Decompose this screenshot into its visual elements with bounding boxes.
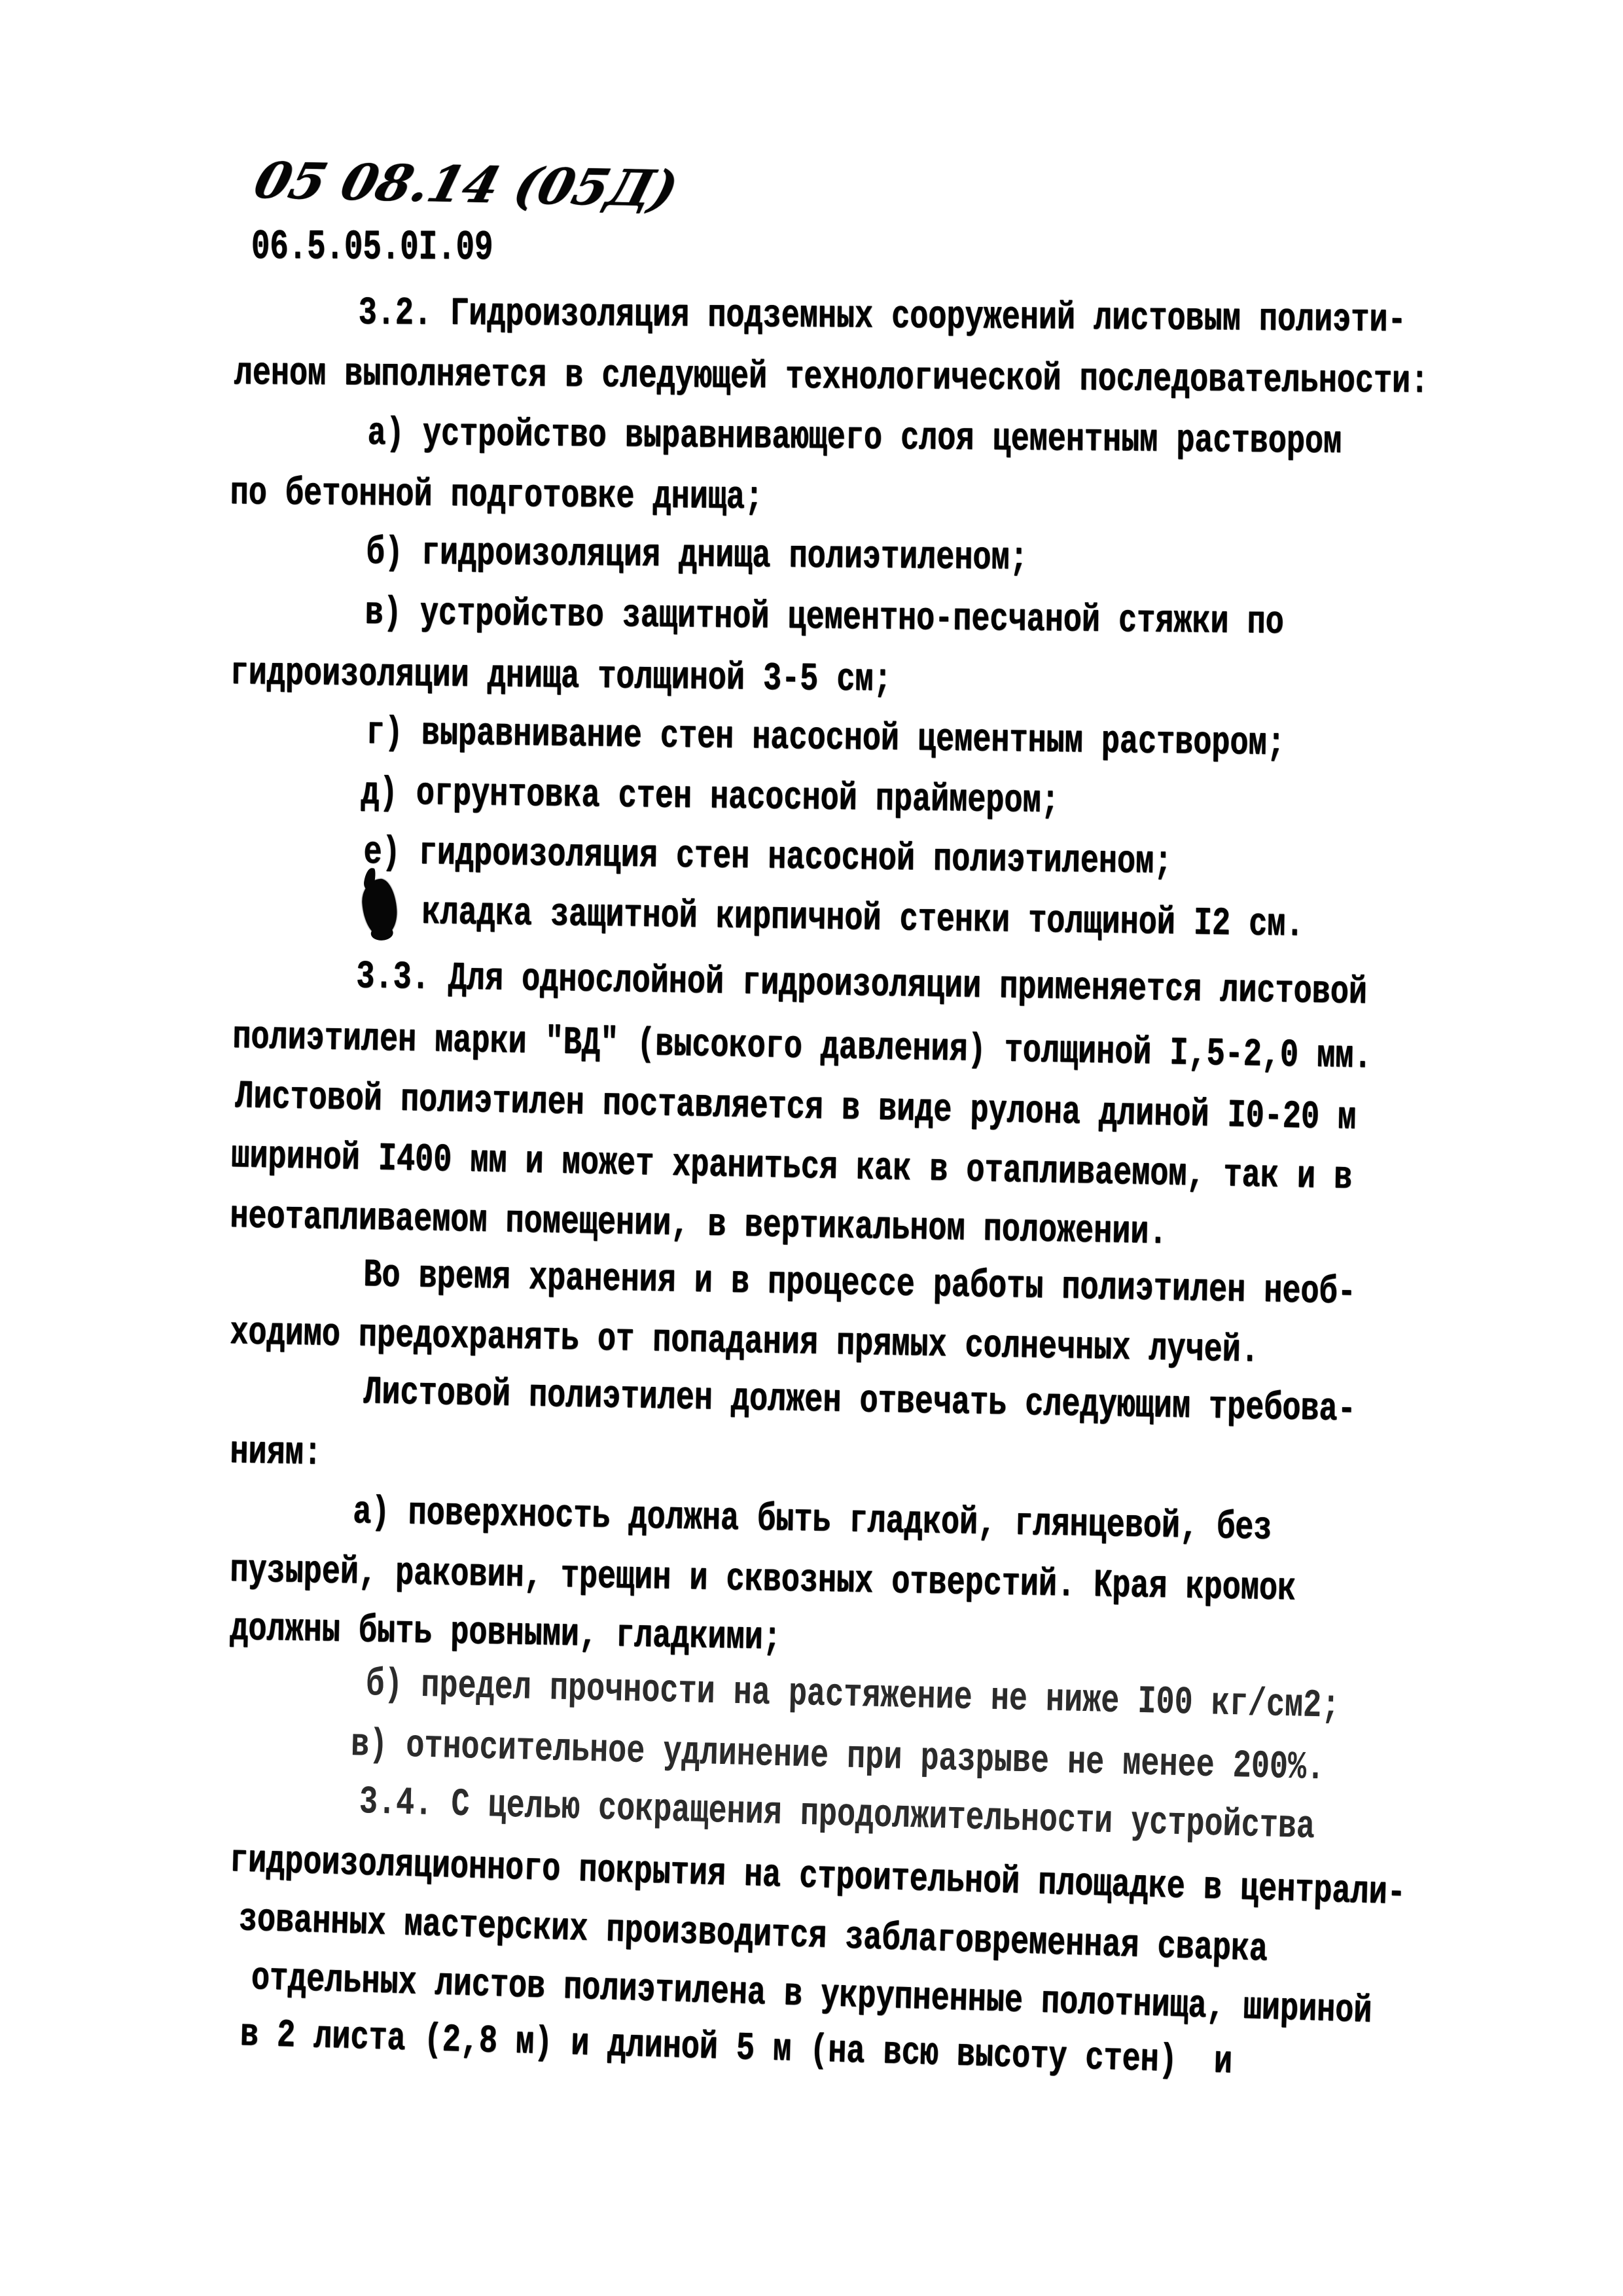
handwritten-stamp: 05 08.14 (05Д)	[249, 154, 683, 215]
text-line: кладка защитной кирпичной стенки толщино…	[421, 889, 1304, 950]
text-line: по бетонной подготовке днища;	[230, 469, 763, 522]
text-line: шириной I400 мм и может храниться как в …	[231, 1132, 1353, 1202]
text-line: а) поверхность должна быть гладкой, глян…	[353, 1488, 1272, 1552]
text-line: 3.2. Гидроизоляция подземных сооружений …	[358, 289, 1406, 345]
text-line: гидроизоляции днища толщиной 3-5 см;	[230, 649, 892, 705]
text-line: б) гидроизоляция днища полиэтиленом;	[366, 529, 1028, 583]
text-line: должны быть ровными, гладкими;	[230, 1605, 782, 1663]
text-line: Листовой полиэтилен поставляется в виде …	[235, 1073, 1357, 1143]
text-line: е) гидроизоляция стен насосной полиэтиле…	[363, 829, 1173, 887]
text-line: б) предел прочности на растяжение не ниж…	[365, 1660, 1340, 1731]
text-line: в) устройство защитной цементно-песчаной…	[365, 589, 1284, 647]
text-line: неотапливаемом помещении, в вертикальном…	[230, 1193, 1168, 1257]
text-line: Во время хранения и в процессе работы по…	[363, 1251, 1357, 1317]
text-line: д) огрунтовка стен насосной праймером;	[361, 769, 1060, 826]
text-line: полиэтилен марки "ВД" (высокого давления…	[232, 1013, 1372, 1081]
text-line: Листовой полиэтилен должен отвечать след…	[363, 1369, 1357, 1434]
ink-blot-marker	[361, 878, 399, 937]
scanned-page: 05 08.14 (05Д) 06.5.05.0I.09 3.2. Гидрои…	[0, 0, 1623, 2296]
text-line: пузырей, раковин, трещин и сквозных отве…	[230, 1547, 1296, 1613]
text-line: 3.4. С целью сокращения продолжительност…	[359, 1778, 1315, 1852]
text-line: леном выполняется в следующей технологич…	[234, 350, 1429, 406]
text-line: ходимо предохранять от попадания прямых …	[230, 1309, 1260, 1375]
document-code: 06.5.05.0I.09	[251, 223, 493, 272]
text-line: г) выравнивание стен насосной цементным …	[366, 709, 1285, 768]
text-line: ниям:	[230, 1428, 323, 1478]
text-line: 3.3. Для однослойной гидроизоляции приме…	[356, 953, 1368, 1017]
text-line: а) устройство выравнивающего слоя цемент…	[367, 410, 1342, 467]
